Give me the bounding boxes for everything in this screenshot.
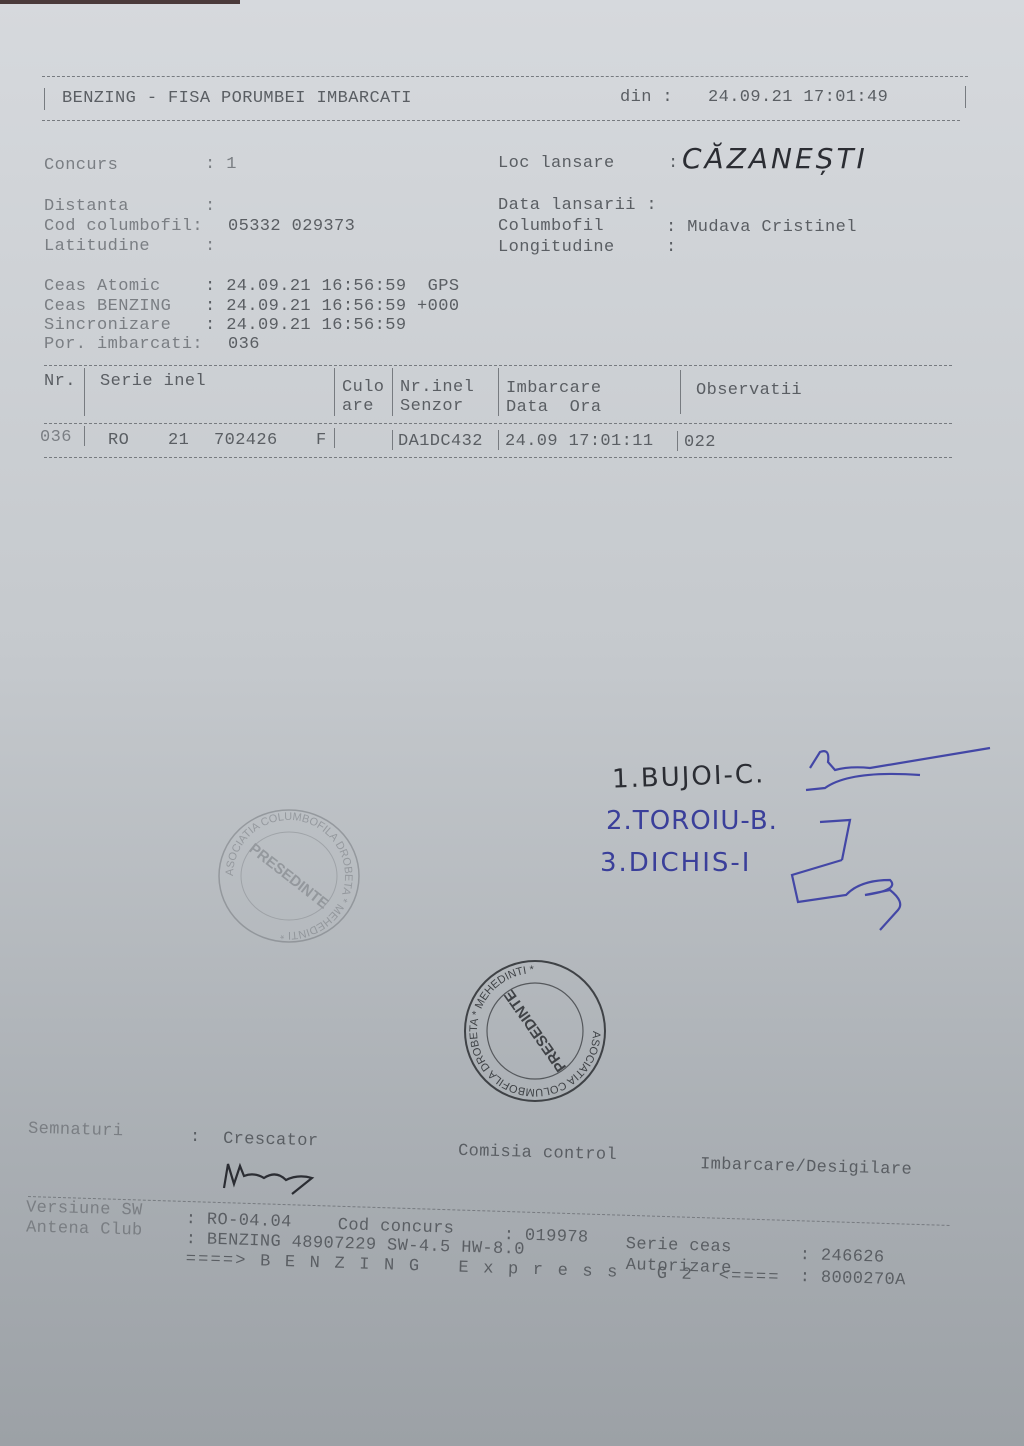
autorizare-value: : 8000270A [799, 1268, 906, 1291]
th-nr: Nr. [44, 372, 76, 392]
cell-imbarcare: 24.09 17:01:11 [505, 432, 653, 452]
serie-ceas-value: : 246626 [799, 1246, 884, 1269]
cell-year: 21 [168, 431, 189, 451]
sincronizare-value: : 24.09.21 16:56:59 [205, 316, 406, 336]
serie-ceas-label: Serie ceas [625, 1235, 732, 1258]
ceas-atomic-value: : 24.09.21 16:56:59 GPS [205, 277, 459, 297]
cell-nr: 036 [40, 428, 72, 448]
cod-columbofil-value: 05332 029373 [228, 217, 355, 237]
date-value: 24.09.21 17:01:49 [708, 88, 888, 108]
association-stamp-2: ASOCIATIA COLUMBOFILA DROBETA * MEHEDINT… [462, 958, 608, 1104]
semnaturi-colon: : [190, 1128, 201, 1148]
distanta-label: Distanta [44, 197, 129, 217]
footer-divider [28, 1196, 950, 1226]
th-observatii: Observatii [696, 381, 802, 401]
longitudine-value: : [666, 238, 677, 258]
col-sep [680, 370, 681, 414]
loc-lansare-handwritten: CĂZANEȘTI [682, 142, 868, 175]
longitudine-label: Longitudine [498, 238, 615, 258]
cell-senzor: DA1DC432 [398, 432, 483, 452]
antena-club-label: Antena Club [26, 1218, 143, 1241]
commission-signatures-icon [780, 730, 1024, 940]
col-sep [498, 368, 499, 416]
loc-lansare-colon: : [668, 154, 679, 174]
th-culoare-2: are [342, 397, 374, 417]
por-imbarcati-value: 036 [228, 335, 260, 355]
cell-country: RO [108, 431, 129, 451]
breeder-signature-icon [220, 1158, 320, 1200]
date-label: din : [620, 88, 673, 108]
header-bottom-border [42, 120, 960, 121]
header-top-border [42, 76, 968, 77]
ceas-atomic-label: Ceas Atomic [44, 277, 161, 297]
loc-lansare-label: Loc lansare [498, 154, 615, 174]
columbofil-value: : Mudava Cristinel [666, 218, 857, 238]
semnaturi-label: Semnaturi [28, 1120, 124, 1142]
table-bottom-border [44, 457, 952, 458]
th-imbarcare-2: Data Ora [506, 398, 601, 418]
col-sep [334, 368, 335, 416]
col-sep [392, 430, 393, 450]
comisia-control-label: Comisia control [458, 1142, 618, 1166]
col-sep [84, 426, 85, 446]
commission-member-1: 1.BUJOI-C. [612, 759, 766, 794]
col-sep [334, 428, 335, 448]
commission-member-3: 3.DICHIS-I [600, 848, 751, 878]
distanta-value: : [205, 197, 216, 217]
th-senzor-2: Senzor [400, 397, 464, 417]
concurs-value: : 1 [205, 155, 237, 175]
th-senzor-1: Nr.inel [400, 378, 474, 398]
document-title: BENZING - FISA PORUMBEI IMBARCATI [62, 89, 412, 109]
ceas-benzing-label: Ceas BENZING [44, 297, 171, 317]
crescator-label: Crescator [223, 1130, 319, 1152]
svg-text:PRESEDINTE: PRESEDINTE [246, 840, 332, 912]
commission-member-2: 2.TOROIU-B. [606, 806, 778, 836]
col-sep [392, 368, 393, 416]
cell-observatii: 022 [684, 433, 716, 453]
por-imbarcati-label: Por. imbarcati: [44, 335, 203, 355]
sincronizare-label: Sincronizare [44, 316, 171, 336]
latitudine-label: Latitudine [44, 237, 150, 257]
header-left-border [44, 88, 45, 110]
table-header-divider [44, 423, 952, 424]
imbarcare-desigilare-label: Imbarcare/Desigilare [700, 1155, 912, 1181]
ceas-benzing-value: : 24.09.21 16:56:59 +000 [205, 297, 459, 317]
th-imbarcare-1: Imbarcare [506, 379, 601, 399]
col-sep [677, 431, 678, 451]
table-top-border [44, 365, 952, 366]
photo-edge [0, 0, 240, 4]
cod-columbofil-label: Cod columbofil: [44, 217, 203, 237]
header-right-border [965, 86, 966, 108]
th-serie-inel: Serie inel [100, 372, 206, 392]
svg-text:PRESEDINTE: PRESEDINTE [501, 987, 570, 1075]
latitudine-value: : [205, 237, 216, 257]
col-sep [84, 368, 85, 416]
cell-ring: 702426 [214, 431, 278, 451]
cell-sex: F [316, 431, 327, 451]
columbofil-label: Columbofil [498, 217, 604, 237]
data-lansarii-label: Data lansarii : [498, 196, 657, 216]
association-stamp-1: ASOCIATIA COLUMBOFILA DROBETA * MEHEDINT… [216, 806, 362, 946]
concurs-label: Concurs [44, 156, 118, 176]
th-culoare-1: Culo [342, 378, 384, 398]
col-sep [498, 430, 499, 450]
